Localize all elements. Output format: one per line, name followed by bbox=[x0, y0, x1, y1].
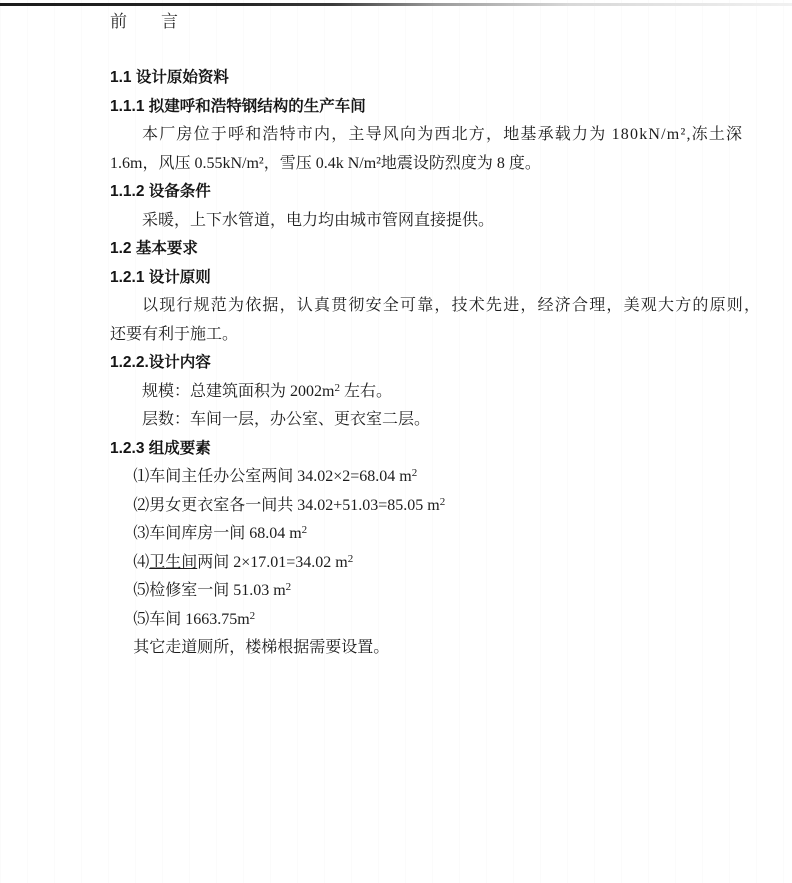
para-design-principle-2: 还要有利于施工。 bbox=[110, 321, 732, 350]
heading-1-1-1: 1.1.1 拟建呼和浩特钢结构的生产车间 bbox=[110, 93, 732, 122]
list-item-storeroom: ⑶车间库房一间 68.04 m2 bbox=[110, 520, 732, 549]
heading-1-2-2: 1.2.2.设计内容 bbox=[110, 349, 732, 378]
list-item-changing-rooms: ⑵男女更衣室各一间共 34.02+51.03=85.05 m2 bbox=[110, 492, 732, 521]
para-design-principle-1: 以现行规范为依据，认真贯彻安全可靠，技术先进，经济合理，美观大方的原则， bbox=[110, 292, 732, 321]
heading-1-1: 1.1 设计原始资料 bbox=[110, 64, 732, 93]
heading-1-2-1: 1.2.1 设计原则 bbox=[110, 264, 732, 293]
list-item-office: ⑴车间主任办公室两间 34.02×2=68.04 m2 bbox=[110, 463, 732, 492]
document-page: 前 言 1.1 设计原始资料 1.1.1 拟建呼和浩特钢结构的生产车间 本厂房位… bbox=[0, 0, 792, 663]
para-scale: 规模：总建筑面积为 2002m2 左右。 bbox=[110, 378, 732, 407]
para-storeys: 层数：车间一层，办公室、更衣室二层。 bbox=[110, 406, 732, 435]
para-utilities: 采暖，上下水管道，电力均由城市管网直接提供。 bbox=[110, 207, 732, 236]
document-body: 1.1 设计原始资料 1.1.1 拟建呼和浩特钢结构的生产车间 本厂房位于呼和浩… bbox=[110, 64, 732, 663]
list-item-repair-room: ⑸检修室一间 51.03 m2 bbox=[110, 577, 732, 606]
heading-1-1-2: 1.1.2 设备条件 bbox=[110, 178, 732, 207]
heading-1-2: 1.2 基本要求 bbox=[110, 235, 732, 264]
page-title: 前 言 bbox=[110, 10, 732, 34]
heading-1-2-3: 1.2.3 组成要素 bbox=[110, 435, 732, 464]
list-item-workshop: ⑸车间 1663.75m2 bbox=[110, 606, 732, 635]
list-item-toilets: ⑷卫生间两间 2×17.01=34.02 m2 bbox=[110, 549, 732, 578]
para-site-conditions-2: 1.6m，风压 0.55kN/m²，雪压 0.4k N/m²地震设防烈度为 8 … bbox=[110, 150, 732, 179]
para-site-conditions-1: 本厂房位于呼和浩特市内，主导风向为西北方，地基承载力为 180kN/m²,冻土深 bbox=[110, 121, 732, 150]
para-other-spaces: 其它走道厕所，楼梯根据需要设置。 bbox=[110, 634, 732, 663]
